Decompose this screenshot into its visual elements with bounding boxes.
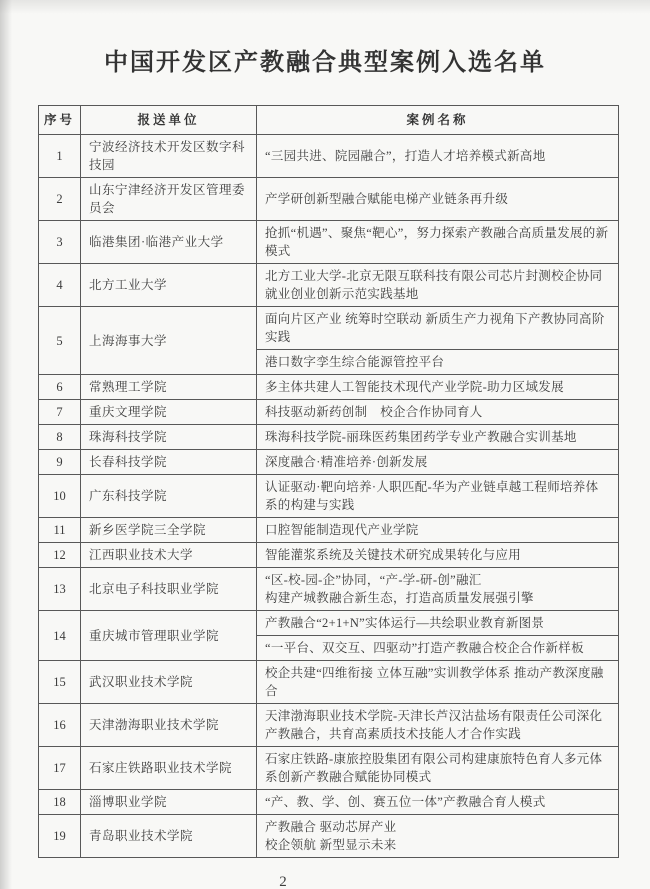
case-cell: 港口数字孪生综合能源管控平台: [257, 350, 619, 375]
case-cell: 深度融合·精准培养·创新发展: [257, 450, 619, 475]
row-number-cell: 11: [39, 518, 81, 543]
unit-cell: 天津渤海职业技术学院: [81, 704, 257, 747]
row-number-cell: 4: [39, 264, 81, 307]
unit-cell: 上海海事大学: [81, 307, 257, 375]
case-cell: 多主体共建人工智能技术现代产业学院-助力区域发展: [257, 375, 619, 400]
row-number-cell: 19: [39, 815, 81, 858]
case-cell: “一平台、双交互、四驱动”打造产教融合校企合作新样板: [257, 636, 619, 661]
header-报送单位: 报送单位: [81, 106, 257, 135]
table-row: 2山东宁津经济开发区管理委员会产学研创新型融合赋能电梯产业链条再升级: [39, 178, 619, 221]
row-number-cell: 3: [39, 221, 81, 264]
table-row: 15武汉职业技术学院校企共建“四维衔接 立体互融”实训教学体系 推动产教深度融合: [39, 661, 619, 704]
case-cell: 珠海科技学院-丽珠医药集团药学专业产教融合实训基地: [257, 425, 619, 450]
table-row: 17石家庄铁路职业技术学院石家庄铁路-康旅控股集团有限公司构建康旅特色育人多元体…: [39, 747, 619, 790]
unit-cell: 重庆城市管理职业学院: [81, 611, 257, 661]
row-number-cell: 17: [39, 747, 81, 790]
table-row: 13北京电子科技职业学院“区-校-园-企”协同，“产-学-研-创”融汇 构建产城…: [39, 568, 619, 611]
unit-cell: 新乡医学院三全学院: [81, 518, 257, 543]
table-body: 1宁波经济技术开发区数字科技园“三园共进、院园融合”，打造人才培养模式新高地2山…: [39, 135, 619, 858]
unit-cell: 江西职业技术大学: [81, 543, 257, 568]
case-table: 序号 报送单位 案例名称 1宁波经济技术开发区数字科技园“三园共进、院园融合”，…: [38, 105, 619, 858]
header-案例名称: 案例名称: [257, 106, 619, 135]
row-number-cell: 1: [39, 135, 81, 178]
row-number-cell: 7: [39, 400, 81, 425]
case-cell: “产、教、学、创、赛五位一体”产教融合育人模式: [257, 790, 619, 815]
unit-cell: 青岛职业技术学院: [81, 815, 257, 858]
table-row: 18淄博职业学院“产、教、学、创、赛五位一体”产教融合育人模式: [39, 790, 619, 815]
case-cell: 石家庄铁路-康旅控股集团有限公司构建康旅特色育人多元体系创新产教融合赋能协同模式: [257, 747, 619, 790]
table-header-row: 序号 报送单位 案例名称: [39, 106, 619, 135]
table-row: 12江西职业技术大学智能灌浆系统及关键技术研究成果转化与应用: [39, 543, 619, 568]
case-cell: 天津渤海职业技术学院-天津长芦汉沽盐场有限责任公司深化产教融合，共育高素质技术技…: [257, 704, 619, 747]
row-number-cell: 18: [39, 790, 81, 815]
case-cell: “区-校-园-企”协同，“产-学-研-创”融汇 构建产城教融合新生态，打造高质量…: [257, 568, 619, 611]
table-row: 14重庆城市管理职业学院产教融合“2+1+N”实体运行—共绘职业教育新图景: [39, 611, 619, 636]
table-row: 11新乡医学院三全学院口腔智能制造现代产业学院: [39, 518, 619, 543]
table-row: 9长春科技学院深度融合·精准培养·创新发展: [39, 450, 619, 475]
unit-cell: 武汉职业技术学院: [81, 661, 257, 704]
case-cell: 产学研创新型融合赋能电梯产业链条再升级: [257, 178, 619, 221]
row-number-cell: 8: [39, 425, 81, 450]
row-number-cell: 14: [39, 611, 81, 661]
case-cell: “三园共进、院园融合”，打造人才培养模式新高地: [257, 135, 619, 178]
table-row: 19青岛职业技术学院产教融合 驱动芯屏产业 校企领航 新型显示未来: [39, 815, 619, 858]
row-number-cell: 16: [39, 704, 81, 747]
table-row: 10广东科技学院认证驱动·靶向培养·人职匹配-华为产业链卓越工程师培养体系的构建…: [39, 475, 619, 518]
case-cell: 校企共建“四维衔接 立体互融”实训教学体系 推动产教深度融合: [257, 661, 619, 704]
table-row: 8珠海科技学院珠海科技学院-丽珠医药集团药学专业产教融合实训基地: [39, 425, 619, 450]
unit-cell: 山东宁津经济开发区管理委员会: [81, 178, 257, 221]
unit-cell: 常熟理工学院: [81, 375, 257, 400]
table-row: 1宁波经济技术开发区数字科技园“三园共进、院园融合”，打造人才培养模式新高地: [39, 135, 619, 178]
row-number-cell: 12: [39, 543, 81, 568]
unit-cell: 珠海科技学院: [81, 425, 257, 450]
unit-cell: 北京电子科技职业学院: [81, 568, 257, 611]
case-cell: 面向片区产业 统筹时空联动 新质生产力视角下产教协同高阶实践: [257, 307, 619, 350]
table-row: 3临港集团·临港产业大学抢抓“机遇”、聚焦“靶心”，努力探索产教融合高质量发展的…: [39, 221, 619, 264]
unit-cell: 临港集团·临港产业大学: [81, 221, 257, 264]
row-number-cell: 9: [39, 450, 81, 475]
table-row: 6常熟理工学院多主体共建人工智能技术现代产业学院-助力区域发展: [39, 375, 619, 400]
row-number-cell: 10: [39, 475, 81, 518]
row-number-cell: 6: [39, 375, 81, 400]
table-row: 4北方工业大学北方工业大学-北京无限互联科技有限公司芯片封测校企协同就业创业创新…: [39, 264, 619, 307]
case-cell: 口腔智能制造现代产业学院: [257, 518, 619, 543]
unit-cell: 广东科技学院: [81, 475, 257, 518]
page-title: 中国开发区产教融合典型案例入选名单: [0, 0, 650, 77]
page-number: 2: [0, 874, 573, 889]
case-cell: 抢抓“机遇”、聚焦“靶心”，努力探索产教融合高质量发展的新模式: [257, 221, 619, 264]
row-number-cell: 13: [39, 568, 81, 611]
case-cell: 产教融合 驱动芯屏产业 校企领航 新型显示未来: [257, 815, 619, 858]
unit-cell: 石家庄铁路职业技术学院: [81, 747, 257, 790]
row-number-cell: 15: [39, 661, 81, 704]
unit-cell: 重庆文理学院: [81, 400, 257, 425]
unit-cell: 北方工业大学: [81, 264, 257, 307]
case-cell: 科技驱动新药创制 校企合作协同育人: [257, 400, 619, 425]
unit-cell: 淄博职业学院: [81, 790, 257, 815]
table-row: 5上海海事大学面向片区产业 统筹时空联动 新质生产力视角下产教协同高阶实践: [39, 307, 619, 350]
table-row: 7重庆文理学院科技驱动新药创制 校企合作协同育人: [39, 400, 619, 425]
row-number-cell: 5: [39, 307, 81, 375]
document-page: 中国开发区产教融合典型案例入选名单 序号 报送单位 案例名称 1宁波经济技术开发…: [0, 0, 650, 889]
unit-cell: 宁波经济技术开发区数字科技园: [81, 135, 257, 178]
header-序号: 序号: [39, 106, 81, 135]
case-cell: 北方工业大学-北京无限互联科技有限公司芯片封测校企协同就业创业创新示范实践基地: [257, 264, 619, 307]
unit-cell: 长春科技学院: [81, 450, 257, 475]
table-row: 16天津渤海职业技术学院天津渤海职业技术学院-天津长芦汉沽盐场有限责任公司深化产…: [39, 704, 619, 747]
row-number-cell: 2: [39, 178, 81, 221]
case-cell: 产教融合“2+1+N”实体运行—共绘职业教育新图景: [257, 611, 619, 636]
case-cell: 认证驱动·靶向培养·人职匹配-华为产业链卓越工程师培养体系的构建与实践: [257, 475, 619, 518]
case-cell: 智能灌浆系统及关键技术研究成果转化与应用: [257, 543, 619, 568]
